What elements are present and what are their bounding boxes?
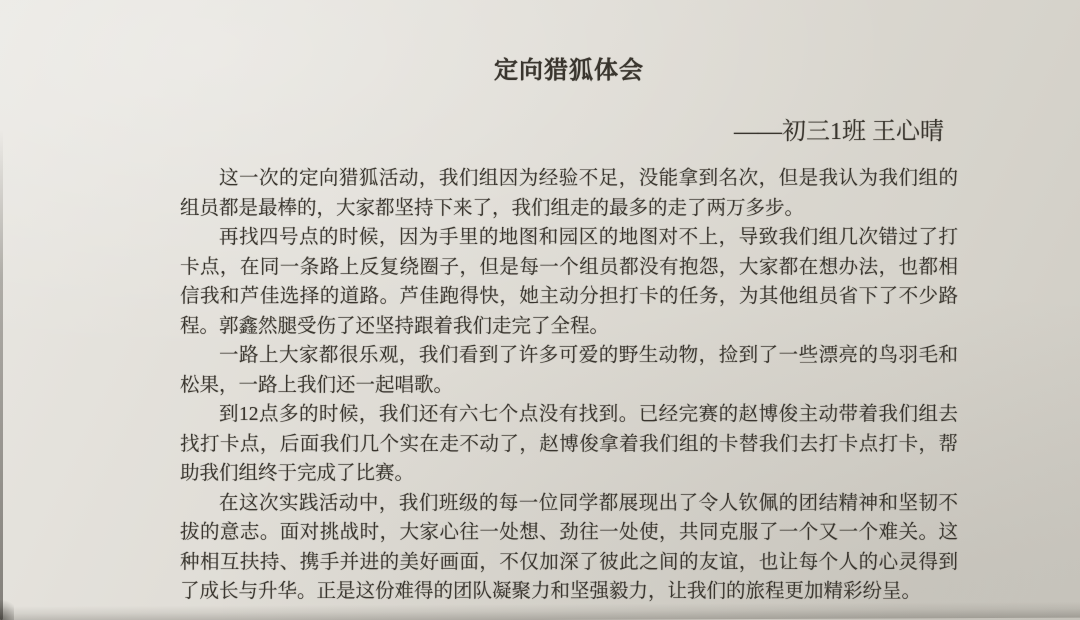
essay-paragraph-1: 这一次的定向猎狐活动，我们组因为经验不足，没能拿到名次，但是我认为我们组的组员都…	[180, 164, 958, 223]
essay-paragraph-3: 一路上大家都很乐观，我们看到了许多可爱的野生动物，捡到了一些漂亮的鸟羽毛和松果，…	[180, 341, 958, 400]
essay-title: 定向猎狐体会	[180, 50, 958, 85]
paper-bottom-edge	[0, 602, 1080, 620]
essay-page: 定向猎狐体会 ——初三1班 王心晴 这一次的定向猎狐活动，我们组因为经验不足，没…	[180, 0, 958, 607]
essay-byline: ——初三1班 王心晴	[180, 111, 958, 146]
paper-left-edge	[0, 130, 3, 620]
essay-body: 这一次的定向猎狐活动，我们组因为经验不足，没能拿到名次，但是我认为我们组的组员都…	[180, 164, 958, 607]
essay-paragraph-2: 再找四号点的时候，因为手里的地图和园区的地图对不上，导致我们组几次错过了打卡点，…	[180, 223, 958, 341]
essay-paragraph-5: 在这次实践活动中，我们班级的每一位同学都展现出了令人钦佩的团结精神和坚韧不拔的意…	[180, 489, 958, 607]
paper-bottom-corner-shadow	[0, 594, 14, 620]
essay-paragraph-4: 到12点多的时候，我们还有六七个点没有找到。已经完赛的赵博俊主动带着我们组去找打…	[180, 400, 958, 489]
